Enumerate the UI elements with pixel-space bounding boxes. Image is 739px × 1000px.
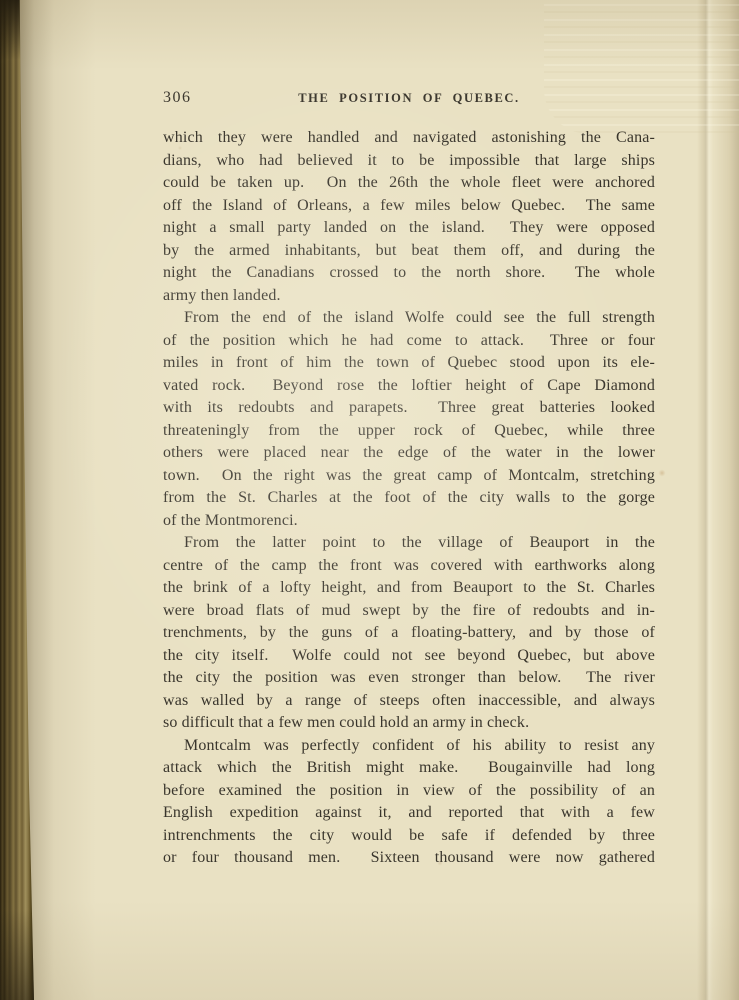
text-line: army then landed. <box>163 285 655 308</box>
page-text: which they were handled and navigated as… <box>163 127 655 870</box>
text-line: vated rock. Beyond rose the loftier heig… <box>163 375 655 398</box>
text-line: others were placed near the edge of the … <box>163 442 655 465</box>
text-line: Montcalm was perfectly confident of his … <box>163 735 655 758</box>
text-line: the city itself. Wolfe could not see bey… <box>163 645 655 668</box>
running-header: THE POSITION OF QUEBEC. <box>163 88 655 106</box>
text-line: of the position which he had come to att… <box>163 330 655 353</box>
text-line: off the Island of Orleans, a few miles b… <box>163 195 655 218</box>
text-line: centre of the camp the front was covered… <box>163 555 655 578</box>
text-line: or four thousand men. Sixteen thousand w… <box>163 847 655 870</box>
page-content: 306 THE POSITION OF QUEBEC. which they w… <box>163 88 655 870</box>
text-line: town. On the right was the great camp of… <box>163 465 655 488</box>
book-page-scan: 306 THE POSITION OF QUEBEC. which they w… <box>0 0 739 1000</box>
text-line: From the latter point to the village of … <box>163 532 655 555</box>
text-line: trenchments, by the guns of a floating-b… <box>163 622 655 645</box>
text-line: the brink of a lofty height, and from Be… <box>163 577 655 600</box>
text-line: From the end of the island Wolfe could s… <box>163 307 655 330</box>
text-line: were broad flats of mud swept by the fir… <box>163 600 655 623</box>
text-line: the city the position was even stronger … <box>163 667 655 690</box>
text-line: by the armed inhabitants, but beat them … <box>163 240 655 263</box>
text-line: was walled by a range of steeps often in… <box>163 690 655 713</box>
text-line: English expedition against it, and repor… <box>163 802 655 825</box>
text-line: miles in front of him the town of Quebec… <box>163 352 655 375</box>
text-line: threateningly from the upper rock of Que… <box>163 420 655 443</box>
text-line: night the Canadians crossed to the north… <box>163 262 655 285</box>
right-page-edge <box>713 0 739 1000</box>
text-line: intrenchments the city would be safe if … <box>163 825 655 848</box>
text-line: with its redoubts and parapets. Three gr… <box>163 397 655 420</box>
right-page-fold <box>697 0 713 1000</box>
text-line: which they were handled and navigated as… <box>163 127 655 150</box>
text-line: night a small party landed on the island… <box>163 217 655 240</box>
text-line: attack which the British might make. Bou… <box>163 757 655 780</box>
text-line: from the St. Charles at the foot of the … <box>163 487 655 510</box>
left-page-edges <box>0 0 34 1000</box>
page-header-row: 306 THE POSITION OF QUEBEC. <box>163 88 655 108</box>
text-line: of the Montmorenci. <box>163 510 655 533</box>
text-line: before examined the position in view of … <box>163 780 655 803</box>
text-line: so difficult that a few men could hold a… <box>163 712 655 735</box>
text-line: could be taken up. On the 26th the whole… <box>163 172 655 195</box>
page-number: 306 <box>163 89 192 107</box>
text-line: dians, who had believed it to be impossi… <box>163 150 655 173</box>
